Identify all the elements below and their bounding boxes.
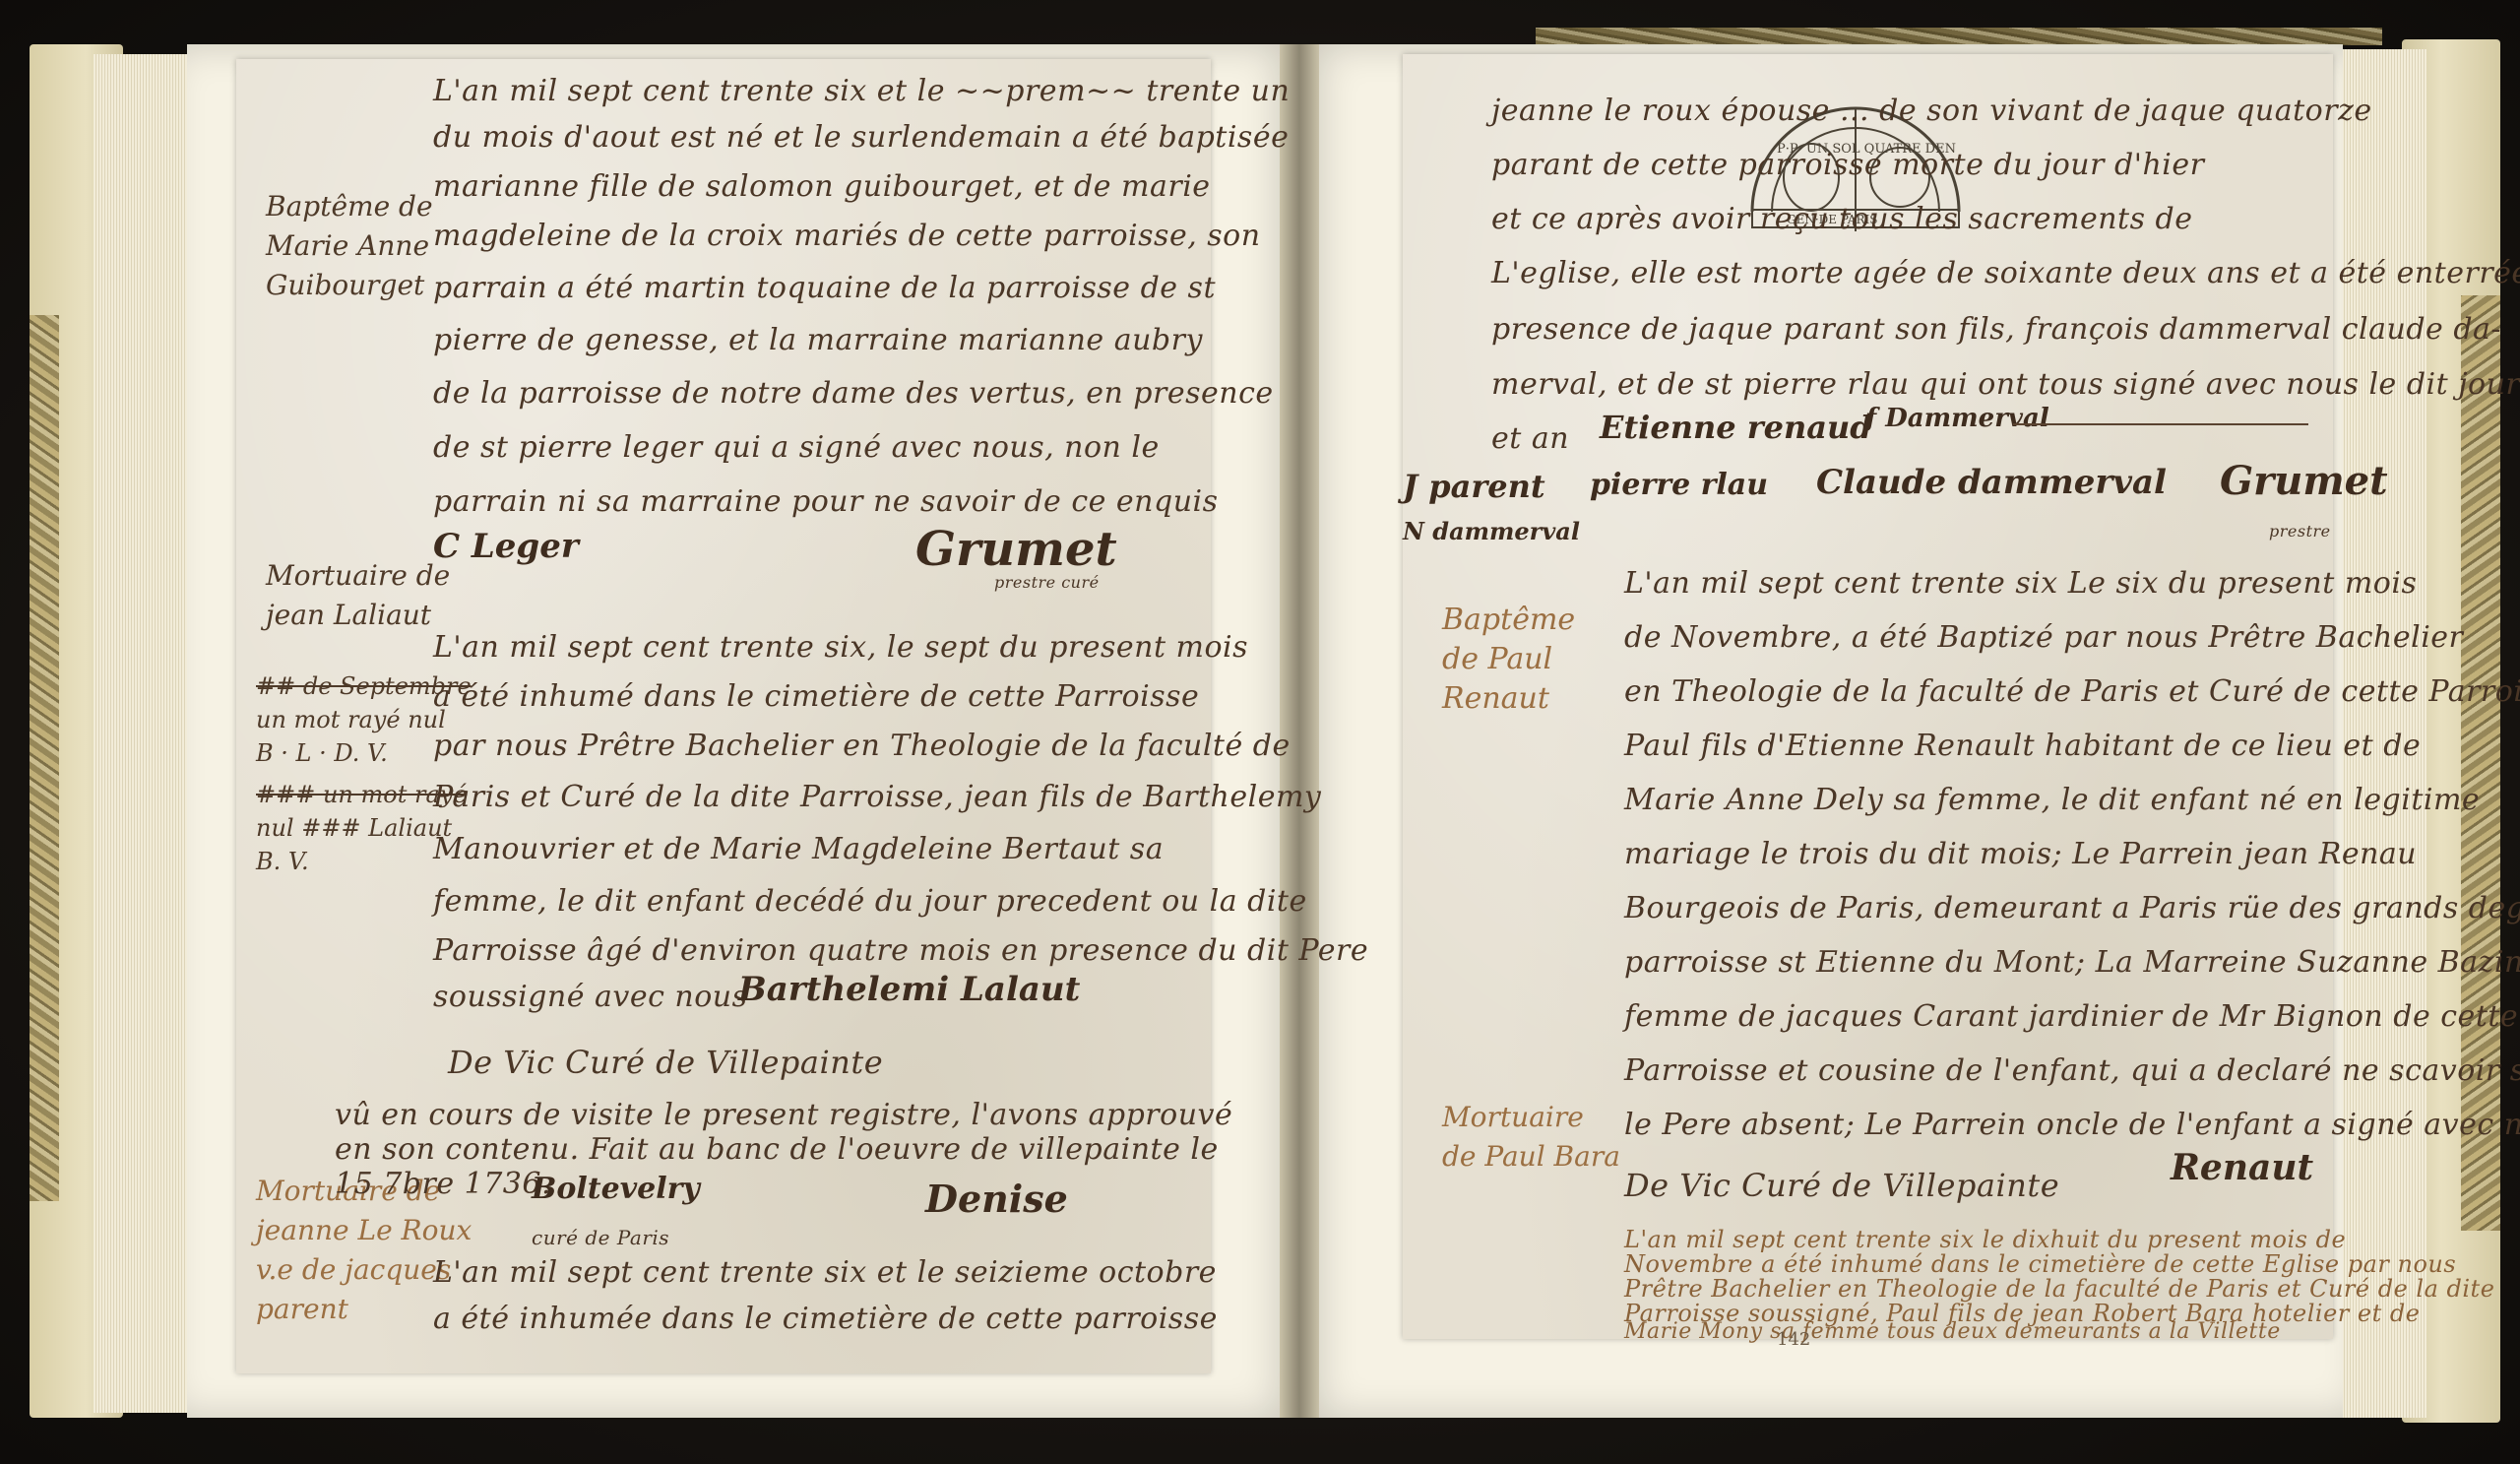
- signature-grumet: Grumet: [2220, 458, 2388, 504]
- signature-visitor: Boltevelry: [532, 1172, 700, 1206]
- margin-line: de Paul Bara: [1442, 1137, 1620, 1177]
- signature-barthelemi-lalaut: Barthelemi Lalaut: [738, 970, 1080, 1009]
- entry-line: par nous Prêtre Bachelier en Theologie d…: [433, 729, 1291, 763]
- entry-line: Marie Anne Dely sa femme, le dit enfant …: [1624, 783, 2480, 817]
- entry-line: L'an mil sept cent trente six et le ~~pr…: [433, 74, 1290, 108]
- margin-line: jean Laliaut: [266, 596, 450, 635]
- margin-note-mortuaire-laliaut: Mortuaire de jean Laliaut: [266, 556, 450, 635]
- entry-line: en Theologie de la faculté de Paris et C…: [1624, 674, 2520, 709]
- margin-line: Guibourget: [266, 266, 433, 305]
- signature-f-dammerval: f Dammerval: [1865, 404, 2049, 433]
- entry-line: de la parroisse de notre dame des vertus…: [433, 376, 1274, 411]
- signature-parent: J parent: [1403, 468, 1545, 505]
- margin-line: Renaut: [1442, 679, 1575, 719]
- entry-line: parrain ni sa marraine pour ne savoir de…: [433, 484, 1219, 519]
- signature-leger: C Leger: [433, 527, 579, 566]
- entry-line: Bourgeois de Paris, demeurant a Paris rü…: [1624, 891, 2520, 925]
- signature-renaut: Renaut: [2171, 1147, 2313, 1188]
- signature-denise: Denise: [925, 1177, 1068, 1221]
- margin-line: de Paul: [1442, 640, 1575, 679]
- entry-line: merval, et de st pierre rlau qui ont tou…: [1491, 367, 2520, 402]
- margin-line: Marie Anne: [266, 226, 433, 266]
- entry-line: soussigné avec nous: [433, 980, 748, 1014]
- entry-line: de st pierre leger qui a signé avec nous…: [433, 430, 1160, 465]
- signature-title: prestre: [2269, 522, 2331, 541]
- margin-note-bapteme-renaut: Baptême de Paul Renaut: [1442, 601, 1575, 719]
- margin-line: Baptême de: [266, 187, 433, 226]
- entry-line: et an: [1491, 421, 1569, 456]
- entry-line: jeanne le roux épouse ... de son vivant …: [1491, 94, 2372, 128]
- signature-renaud: Etienne renaud: [1600, 409, 1872, 446]
- visitation-line: 15 7bre 1736.: [335, 1167, 551, 1201]
- margin-line: Mortuaire: [1442, 1098, 1620, 1137]
- entry-line: Parroisse et cousine de l'enfant, qui a …: [1624, 1053, 2520, 1088]
- signature-pierre-rlau: pierre rlau: [1590, 468, 1768, 502]
- entry-line: L'an mil sept cent trente six et le seiz…: [433, 1255, 1217, 1290]
- visitation-line: en son contenu. Fait au banc de l'oeuvre…: [335, 1132, 1219, 1167]
- entry-line: mariage le trois du dit mois; Le Parrein…: [1624, 837, 2417, 871]
- entry-line: parrain a été martin toquaine de la parr…: [433, 271, 1216, 305]
- entry-line: Prêtre Bachelier en Theologie de la facu…: [1624, 1275, 2494, 1303]
- entry-line: L'an mil sept cent trente six le dixhuit…: [1624, 1226, 2346, 1253]
- entry-line: a été inhumé dans le cimetière de cette …: [433, 679, 1199, 714]
- entry-line: Paul fils d'Etienne Renault habitant de …: [1624, 729, 2421, 763]
- signature-title: prestre curé: [994, 573, 1100, 592]
- entry-line: parroisse st Etienne du Mont; La Marrein…: [1624, 945, 2520, 980]
- entry-line: marianne fille de salomon guibourget, et…: [433, 169, 1211, 204]
- entry-line: pierre de genesse, et la marraine marian…: [433, 323, 1203, 357]
- entry-line: L'eglise, elle est morte agée de soixant…: [1491, 256, 2520, 290]
- manuscript-page-left: Baptême de Marie Anne Guibourget Mortuai…: [236, 59, 1211, 1373]
- entry-line: Paris et Curé de la dite Parroisse, jean…: [433, 780, 1321, 814]
- page-number: 142: [1777, 1329, 1810, 1350]
- entry-line: L'an mil sept cent trente six Le six du …: [1624, 566, 2417, 601]
- entry-line: femme, le dit enfant decédé du jour prec…: [433, 884, 1307, 919]
- signature-note: curé de Paris: [532, 1226, 669, 1249]
- entry-line: Novembre a été inhumé dans le cimetière …: [1624, 1250, 2456, 1278]
- entry-line: L'an mil sept cent trente six, le sept d…: [433, 630, 1248, 665]
- margin-line: Mortuaire de: [266, 556, 450, 596]
- entry-line: presence de jaque parant son fils, franç…: [1491, 312, 2501, 347]
- entry-line: de Novembre, a été Baptizé par nous Prêt…: [1624, 620, 2463, 655]
- signature-grumet: Grumet: [915, 522, 1117, 577]
- entry-line: le Pere absent; Le Parrein oncle de l'en…: [1624, 1108, 2520, 1142]
- entry-line: parant de cette parroisse morte du jour …: [1491, 148, 2204, 182]
- margin-note-mortuaire-bara: Mortuaire de Paul Bara: [1442, 1098, 1620, 1177]
- visitation-line: vû en cours de visite le present registr…: [335, 1098, 1232, 1132]
- entry-line: et ce après avoir reçu tous les sacremen…: [1491, 202, 2192, 236]
- marbled-edge-right: [2461, 295, 2500, 1231]
- signature-n-dammerval: N dammerval: [1403, 517, 1580, 545]
- entry-line: a été inhumée dans le cimetière de cette…: [433, 1302, 1218, 1336]
- manuscript-page-right: P·P· UN SOL QUATRE DEN GEN·DE PARIS jean…: [1403, 54, 2333, 1339]
- entry-line: Manouvrier et de Marie Magdeleine Bertau…: [433, 832, 1164, 866]
- page-edges-left: [94, 54, 192, 1413]
- rule-line: [2013, 423, 2308, 425]
- margin-line: Baptême: [1442, 601, 1575, 640]
- entry-line: Marie Mony sa femme tous deux demeurants…: [1624, 1319, 2281, 1344]
- entry-line: Parroisse âgé d'environ quatre mois en p…: [433, 933, 1368, 968]
- signature-de-vic: De Vic Curé de Villepainte: [448, 1044, 883, 1081]
- entry-line: magdeleine de la croix mariés de cette p…: [433, 219, 1261, 253]
- signature-claude-dammerval: Claude dammerval: [1816, 463, 2167, 502]
- margin-line: jeanne Le Roux: [256, 1211, 472, 1250]
- margin-note-bapteme-guibourget: Baptême de Marie Anne Guibourget: [266, 187, 433, 305]
- entry-line: du mois d'aout est né et le surlendemain…: [433, 120, 1289, 155]
- entry-line: femme de jacques Carant jardinier de Mr …: [1624, 999, 2518, 1034]
- signature-de-vic: De Vic Curé de Villepainte: [1624, 1167, 2059, 1204]
- marbled-edge-top: [1536, 28, 2382, 45]
- marbled-edge-left: [30, 315, 59, 1201]
